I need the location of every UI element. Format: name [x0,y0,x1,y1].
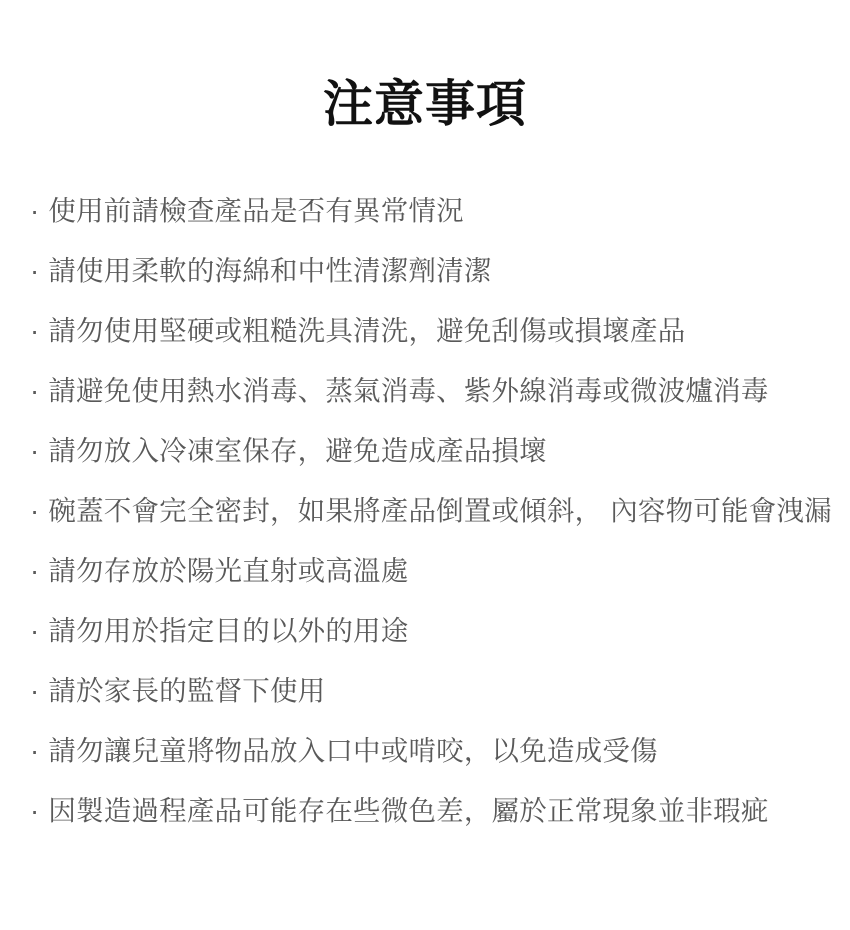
bullet-dot: · [30,781,39,841]
precaution-text: 請勿放入冷凍室保存，避免造成產品損壞 [48,421,547,481]
precautions-page: 注意事項 · 使用前請檢查產品是否有異常情況 · 請使用柔軟的海綿和中性清潔劑清… [0,0,850,930]
bullet-dot: · [30,601,39,661]
bullet-dot: · [30,481,39,541]
precaution-text: 請於家長的監督下使用 [48,661,325,721]
precaution-list: · 使用前請檢查產品是否有異常情況 · 請使用柔軟的海綿和中性清潔劑清潔 · 請… [0,181,850,841]
precaution-item: · 請勿存放於陽光直射或高溫處 [30,541,842,601]
precaution-item: · 請避免使用熱水消毒、蒸氣消毒、紫外線消毒或微波爐消毒 [30,361,842,421]
page-title: 注意事項 [0,72,850,137]
precaution-text: 請勿讓兒童將物品放入口中或啃咬，以免造成受傷 [48,721,657,781]
bullet-dot: · [30,361,39,421]
precaution-text: 碗蓋不會完全密封，如果將產品倒置或傾斜， 內容物可能會洩漏 [48,481,831,541]
precaution-text: 使用前請檢查產品是否有異常情況 [48,181,464,241]
precaution-item: · 請勿讓兒童將物品放入口中或啃咬，以免造成受傷 [30,721,842,781]
precaution-item: · 碗蓋不會完全密封，如果將產品倒置或傾斜， 內容物可能會洩漏 [30,481,842,541]
bullet-dot: · [30,181,39,241]
bullet-dot: · [30,301,39,361]
precaution-item: · 請勿用於指定目的以外的用途 [30,601,842,661]
bullet-dot: · [30,421,39,481]
precaution-item: · 請勿使用堅硬或粗糙洗具清洗，避免刮傷或損壞產品 [30,301,842,361]
precaution-text: 請勿使用堅硬或粗糙洗具清洗，避免刮傷或損壞產品 [48,301,685,361]
bullet-dot: · [30,721,39,781]
bullet-dot: · [30,241,39,301]
precaution-item: · 請使用柔軟的海綿和中性清潔劑清潔 [30,241,842,301]
precaution-item: · 因製造過程產品可能存在些微色差，屬於正常現象並非瑕疵 [30,781,842,841]
precaution-text: 請勿存放於陽光直射或高溫處 [48,541,408,601]
precaution-item: · 請勿放入冷凍室保存，避免造成產品損壞 [30,421,842,481]
bullet-dot: · [30,541,39,601]
precaution-text: 請避免使用熱水消毒、蒸氣消毒、紫外線消毒或微波爐消毒 [48,361,768,421]
precaution-item: · 請於家長的監督下使用 [30,661,842,721]
precaution-text: 請勿用於指定目的以外的用途 [48,601,408,661]
precaution-text: 請使用柔軟的海綿和中性清潔劑清潔 [48,241,491,301]
precaution-text: 因製造過程產品可能存在些微色差，屬於正常現象並非瑕疵 [48,781,768,841]
bullet-dot: · [30,661,39,721]
precaution-item: · 使用前請檢查產品是否有異常情況 [30,181,842,241]
